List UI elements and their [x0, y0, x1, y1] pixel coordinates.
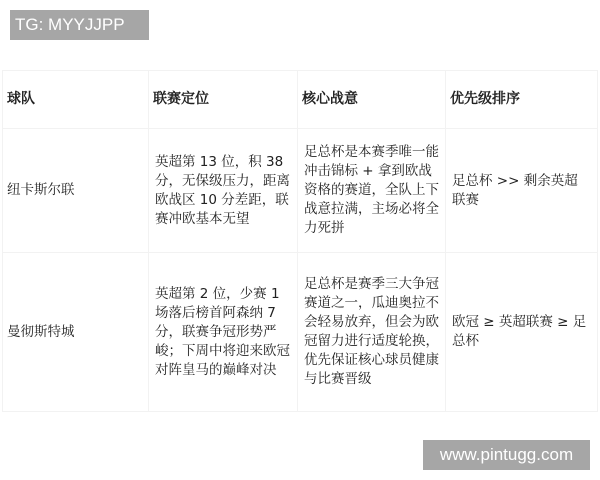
table-row: 曼彻斯特城 英超第 2 位，少赛 1 场落后榜首阿森纳 7 分，联赛争冠形势严峻…: [3, 253, 598, 412]
table-header-row: 球队 联赛定位 核心战意 优先级排序: [3, 71, 598, 129]
cell-league-position: 英超第 13 位，积 38 分，无保级压力，距离欧战区 10 分差距，联赛冲欧基…: [149, 129, 298, 253]
cell-team: 纽卡斯尔联: [3, 129, 149, 253]
header-league-position: 联赛定位: [149, 71, 298, 129]
team-comparison-table: 球队 联赛定位 核心战意 优先级排序 纽卡斯尔联 英超第 13 位，积 38 分…: [2, 70, 598, 412]
cell-core-motivation: 足总杯是赛季三大争冠赛道之一，瓜迪奥拉不会轻易放弃，但会为欧冠留力进行适度轮换，…: [298, 253, 446, 412]
header-priority: 优先级排序: [446, 71, 598, 129]
table-row: 纽卡斯尔联 英超第 13 位，积 38 分，无保级压力，距离欧战区 10 分差距…: [3, 129, 598, 253]
cell-league-position: 英超第 2 位，少赛 1 场落后榜首阿森纳 7 分，联赛争冠形势严峻；下周中将迎…: [149, 253, 298, 412]
cell-core-motivation: 足总杯是本赛季唯一能冲击锦标 + 拿到欧战资格的赛道，全队上下战意拉满，主场必将…: [298, 129, 446, 253]
cell-team: 曼彻斯特城: [3, 253, 149, 412]
header-team: 球队: [3, 71, 149, 129]
cell-priority: 足总杯 >> 剩余英超联赛: [446, 129, 598, 253]
watermark-bottom: www.pintugg.com: [423, 440, 590, 470]
watermark-top: TG: MYYJJPP: [10, 10, 149, 40]
cell-priority: 欧冠 ≥ 英超联赛 ≥ 足总杯: [446, 253, 598, 412]
header-core-motivation: 核心战意: [298, 71, 446, 129]
